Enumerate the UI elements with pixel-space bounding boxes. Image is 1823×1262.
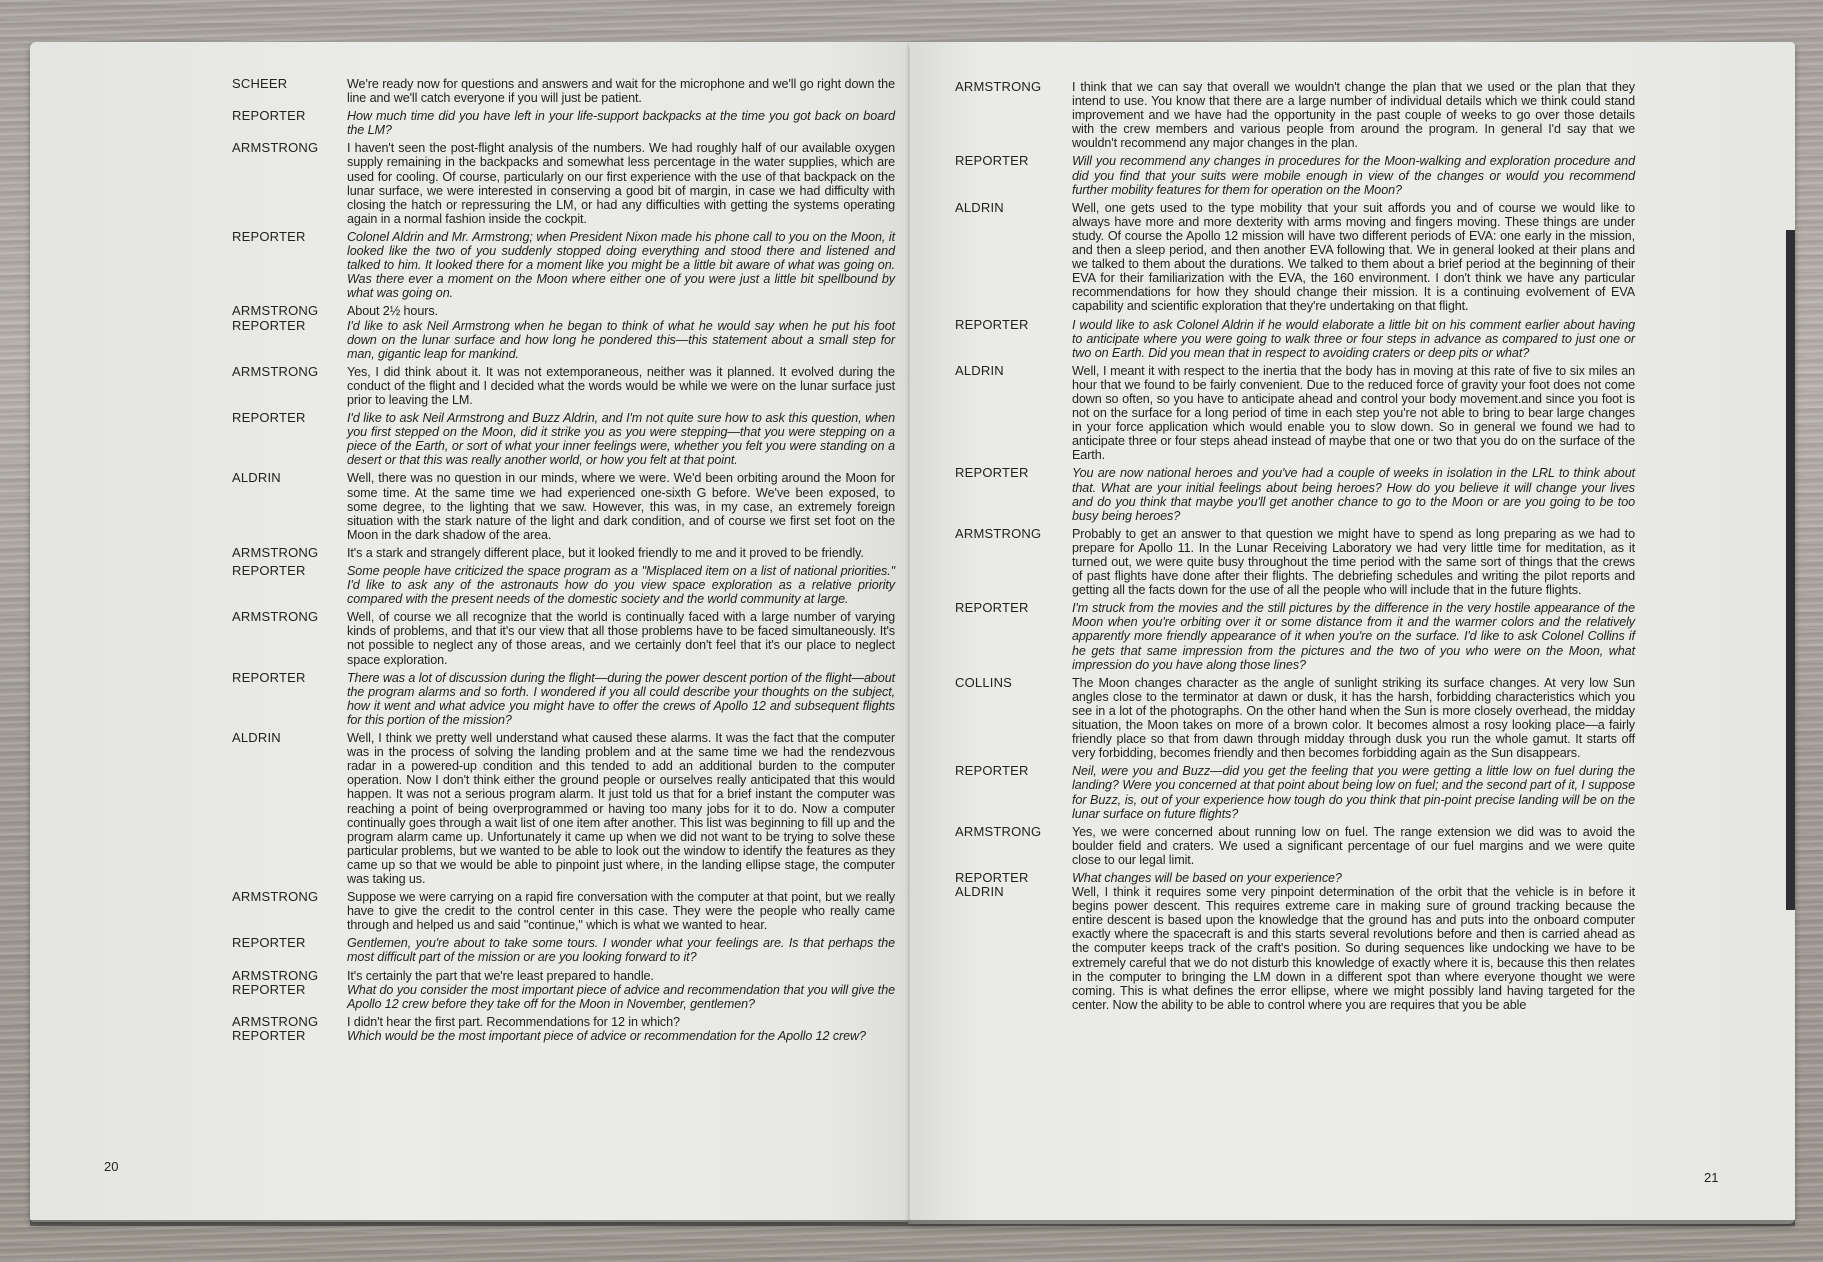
speaker-label: ARMSTRONG bbox=[232, 141, 347, 226]
speaker-label: ALDRIN bbox=[955, 364, 1072, 463]
speaker-label: REPORTER bbox=[232, 230, 347, 300]
transcript-entry: REPORTERWhat changes will be based on yo… bbox=[955, 871, 1635, 885]
answer-text: Well, of course we all recognize that th… bbox=[347, 610, 895, 666]
speaker-label: REPORTER bbox=[232, 936, 347, 964]
question-text: How much time did you have left in your … bbox=[347, 109, 895, 137]
question-text: Neil, were you and Buzz—did you get the … bbox=[1072, 764, 1635, 820]
speaker-label: ARMSTRONG bbox=[955, 825, 1072, 867]
answer-text: About 2½ hours. bbox=[347, 304, 895, 318]
transcript-entry: ARMSTRONGYes, I did think about it. It w… bbox=[232, 365, 895, 407]
speaker-label: REPORTER bbox=[955, 764, 1072, 820]
question-text: Gentlemen, you're about to take some tou… bbox=[347, 936, 895, 964]
transcript-entry: ALDRINWell, one gets used to the type mo… bbox=[955, 201, 1635, 314]
speaker-label: REPORTER bbox=[955, 318, 1072, 360]
speaker-label: SCHEER bbox=[232, 77, 347, 105]
answer-text: Suppose we were carrying on a rapid fire… bbox=[347, 890, 895, 932]
answer-text: The Moon changes character as the angle … bbox=[1072, 676, 1635, 761]
transcript-entry: REPORTERYou are now national heroes and … bbox=[955, 466, 1635, 522]
answer-text: Well, I meant it with respect to the ine… bbox=[1072, 364, 1635, 463]
speaker-label: ARMSTRONG bbox=[232, 610, 347, 666]
dark-edge-strip bbox=[1786, 230, 1795, 910]
question-text: Will you recommend any changes in proced… bbox=[1072, 154, 1635, 196]
speaker-label: ARMSTRONG bbox=[232, 304, 347, 318]
speaker-label: ARMSTRONG bbox=[232, 969, 347, 983]
speaker-label: ARMSTRONG bbox=[232, 365, 347, 407]
transcript-entry: ALDRINWell, I meant it with respect to t… bbox=[955, 364, 1635, 463]
speaker-label: REPORTER bbox=[232, 319, 347, 361]
speaker-label: REPORTER bbox=[955, 466, 1072, 522]
transcript-entry: ARMSTRONGI think that we can say that ov… bbox=[955, 80, 1635, 150]
speaker-label: COLLINS bbox=[955, 676, 1072, 761]
transcript-entry: COLLINSThe Moon changes character as the… bbox=[955, 676, 1635, 761]
speaker-label: REPORTER bbox=[232, 1029, 347, 1043]
transcript-entry: ALDRINWell, there was no question in our… bbox=[232, 471, 895, 541]
speaker-label: ALDRIN bbox=[955, 885, 1072, 1012]
speaker-label: REPORTER bbox=[232, 564, 347, 606]
question-text: Colonel Aldrin and Mr. Armstrong; when P… bbox=[347, 230, 895, 300]
answer-text: It's a stark and strangely different pla… bbox=[347, 546, 895, 560]
transcript-entry: ARMSTRONGYes, we were concerned about ru… bbox=[955, 825, 1635, 867]
answer-text: Well, I think it requires some very pinp… bbox=[1072, 885, 1635, 1012]
transcript-entry: REPORTERI would like to ask Colonel Aldr… bbox=[955, 318, 1635, 360]
speaker-label: REPORTER bbox=[955, 601, 1072, 671]
transcript-entry: REPORTERNeil, were you and Buzz—did you … bbox=[955, 764, 1635, 820]
answer-text: I haven't seen the post-flight analysis … bbox=[347, 141, 895, 226]
question-text: You are now national heroes and you've h… bbox=[1072, 466, 1635, 522]
speaker-label: ALDRIN bbox=[232, 471, 347, 541]
question-text: I'd like to ask Neil Armstrong when he b… bbox=[347, 319, 895, 361]
speaker-label: REPORTER bbox=[955, 871, 1072, 885]
speaker-label: ARMSTRONG bbox=[232, 546, 347, 560]
transcript-entry: ARMSTRONGAbout 2½ hours. bbox=[232, 304, 895, 318]
question-text: What do you consider the most important … bbox=[347, 983, 895, 1011]
transcript-entry: REPORTERWhat do you consider the most im… bbox=[232, 983, 895, 1011]
answer-text: Yes, we were concerned about running low… bbox=[1072, 825, 1635, 867]
speaker-label: REPORTER bbox=[232, 983, 347, 1011]
question-text: There was a lot of discussion during the… bbox=[347, 671, 895, 727]
page-number-left: 20 bbox=[104, 1159, 118, 1174]
speaker-label: REPORTER bbox=[955, 154, 1072, 196]
speaker-label: ALDRIN bbox=[232, 731, 347, 886]
transcript-entry: REPORTERI'd like to ask Neil Armstrong w… bbox=[232, 319, 895, 361]
question-text: I'd like to ask Neil Armstrong and Buzz … bbox=[347, 411, 895, 467]
transcript-entry: REPORTERHow much time did you have left … bbox=[232, 109, 895, 137]
answer-text: Well, there was no question in our minds… bbox=[347, 471, 895, 541]
speaker-label: ARMSTRONG bbox=[232, 890, 347, 932]
transcript-entry: ALDRINWell, I think it requires some ver… bbox=[955, 885, 1635, 1012]
right-page: ARMSTRONGI think that we can say that ov… bbox=[910, 42, 1795, 1224]
transcript-entry: REPORTERThere was a lot of discussion du… bbox=[232, 671, 895, 727]
question-text: I would like to ask Colonel Aldrin if he… bbox=[1072, 318, 1635, 360]
answer-text: Yes, I did think about it. It was not ex… bbox=[347, 365, 895, 407]
transcript-entry: ARMSTRONGIt's certainly the part that we… bbox=[232, 969, 895, 983]
speaker-label: ARMSTRONG bbox=[955, 80, 1072, 150]
left-page: SCHEERWe're ready now for questions and … bbox=[30, 42, 910, 1222]
transcript-entry: SCHEERWe're ready now for questions and … bbox=[232, 77, 895, 105]
speaker-label: REPORTER bbox=[232, 109, 347, 137]
answer-text: Well, I think we pretty well understand … bbox=[347, 731, 895, 886]
transcript-entry: ARMSTRONGI haven't seen the post-flight … bbox=[232, 141, 895, 226]
answer-text: Well, one gets used to the type mobility… bbox=[1072, 201, 1635, 314]
transcript-entry: REPORTERWhich would be the most importan… bbox=[232, 1029, 895, 1043]
speaker-label: REPORTER bbox=[232, 411, 347, 467]
answer-text: I didn't hear the first part. Recommenda… bbox=[347, 1015, 895, 1029]
transcript-entry: REPORTERI'm struck from the movies and t… bbox=[955, 601, 1635, 671]
speaker-label: REPORTER bbox=[232, 671, 347, 727]
transcript-entry: ARMSTRONGProbably to get an answer to th… bbox=[955, 527, 1635, 597]
booklet-bottom-edge bbox=[30, 1220, 1795, 1226]
question-text: Which would be the most important piece … bbox=[347, 1029, 895, 1043]
transcript-entry: REPORTERI'd like to ask Neil Armstrong a… bbox=[232, 411, 895, 467]
question-text: What changes will be based on your exper… bbox=[1072, 871, 1635, 885]
page-number-right: 21 bbox=[1704, 1170, 1718, 1185]
transcript-entry: ALDRINWell, I think we pretty well under… bbox=[232, 731, 895, 886]
transcript-entry: REPORTERGentlemen, you're about to take … bbox=[232, 936, 895, 964]
transcript-entry: ARMSTRONGIt's a stark and strangely diff… bbox=[232, 546, 895, 560]
transcript-entry: REPORTERWill you recommend any changes i… bbox=[955, 154, 1635, 196]
transcript-entry: ARMSTRONGSuppose we were carrying on a r… bbox=[232, 890, 895, 932]
transcript-entry: ARMSTRONGWell, of course we all recogniz… bbox=[232, 610, 895, 666]
speaker-label: ALDRIN bbox=[955, 201, 1072, 314]
answer-text: I think that we can say that overall we … bbox=[1072, 80, 1635, 150]
transcript-entry: REPORTERSome people have criticized the … bbox=[232, 564, 895, 606]
answer-text: We're ready now for questions and answer… bbox=[347, 77, 895, 105]
transcript-entry: ARMSTRONGI didn't hear the first part. R… bbox=[232, 1015, 895, 1029]
transcript-entry: REPORTERColonel Aldrin and Mr. Armstrong… bbox=[232, 230, 895, 300]
answer-text: Probably to get an answer to that questi… bbox=[1072, 527, 1635, 597]
right-page-transcript: ARMSTRONGI think that we can say that ov… bbox=[955, 80, 1635, 1016]
answer-text: It's certainly the part that we're least… bbox=[347, 969, 895, 983]
question-text: I'm struck from the movies and the still… bbox=[1072, 601, 1635, 671]
question-text: Some people have criticized the space pr… bbox=[347, 564, 895, 606]
left-page-transcript: SCHEERWe're ready now for questions and … bbox=[232, 77, 895, 1047]
speaker-label: ARMSTRONG bbox=[955, 527, 1072, 597]
speaker-label: ARMSTRONG bbox=[232, 1015, 347, 1029]
